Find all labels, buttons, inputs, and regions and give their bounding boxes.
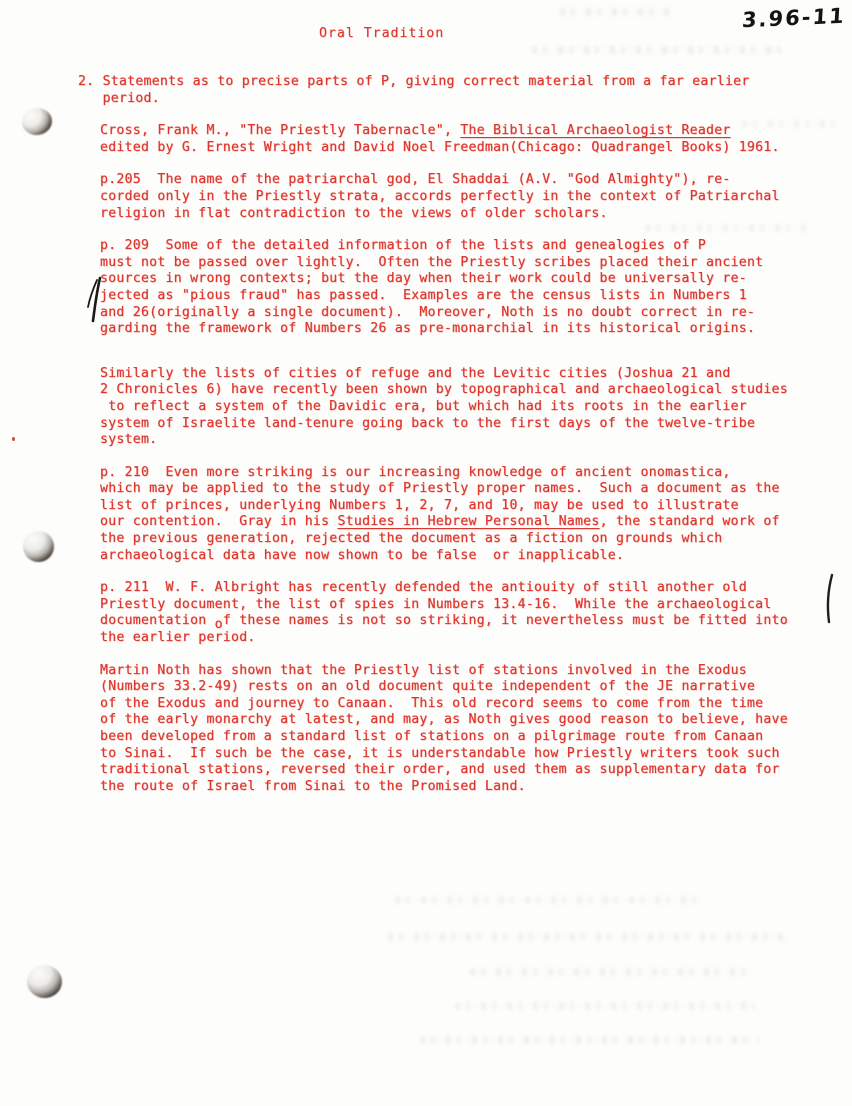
pen-line-mark-right bbox=[818, 573, 840, 625]
paragraph-p209: p. 209 Some of the detailed information … bbox=[100, 238, 818, 338]
punch-hole-top bbox=[20, 106, 53, 137]
pen-check-mark-left bbox=[84, 275, 108, 325]
ghost-smudge bbox=[455, 1002, 755, 1010]
punch-hole-middle bbox=[23, 531, 54, 562]
typed-body: 2. Statements as to precise parts of P, … bbox=[78, 74, 818, 811]
punch-hole-bottom bbox=[26, 964, 63, 999]
scanned-document-page: Oral Tradition 3.96-11 2. Statements as … bbox=[0, 0, 852, 1106]
citation-cross: Cross, Frank M., "The Priestly Tabernacl… bbox=[100, 123, 818, 156]
handwritten-catalog-number: 3.96-11 bbox=[741, 4, 846, 33]
ghost-smudge bbox=[532, 46, 782, 54]
ghost-smudge bbox=[395, 896, 705, 904]
page-title: Oral Tradition bbox=[319, 26, 444, 43]
paragraph-p205: p.205 The name of the patriarchal god, E… bbox=[100, 172, 818, 222]
ghost-smudge bbox=[388, 933, 788, 941]
ghost-smudge bbox=[742, 120, 842, 128]
ghost-smudge bbox=[470, 968, 750, 976]
ghost-smudge bbox=[560, 8, 670, 16]
paragraph-martin-noth: Martin Noth has shown that the Priestly … bbox=[100, 663, 818, 796]
ghost-smudge bbox=[645, 224, 810, 232]
paragraph-p210: p. 210 Even more striking is our increas… bbox=[100, 465, 818, 565]
paragraph-cities-of-refuge: Similarly the lists of cities of refuge … bbox=[100, 366, 818, 449]
paragraph-p211: p. 211 W. F. Albright has recently defen… bbox=[100, 580, 818, 646]
ink-speck bbox=[12, 437, 15, 441]
item-2-statement: 2. Statements as to precise parts of P, … bbox=[78, 74, 818, 107]
ghost-smudge bbox=[420, 1036, 760, 1044]
